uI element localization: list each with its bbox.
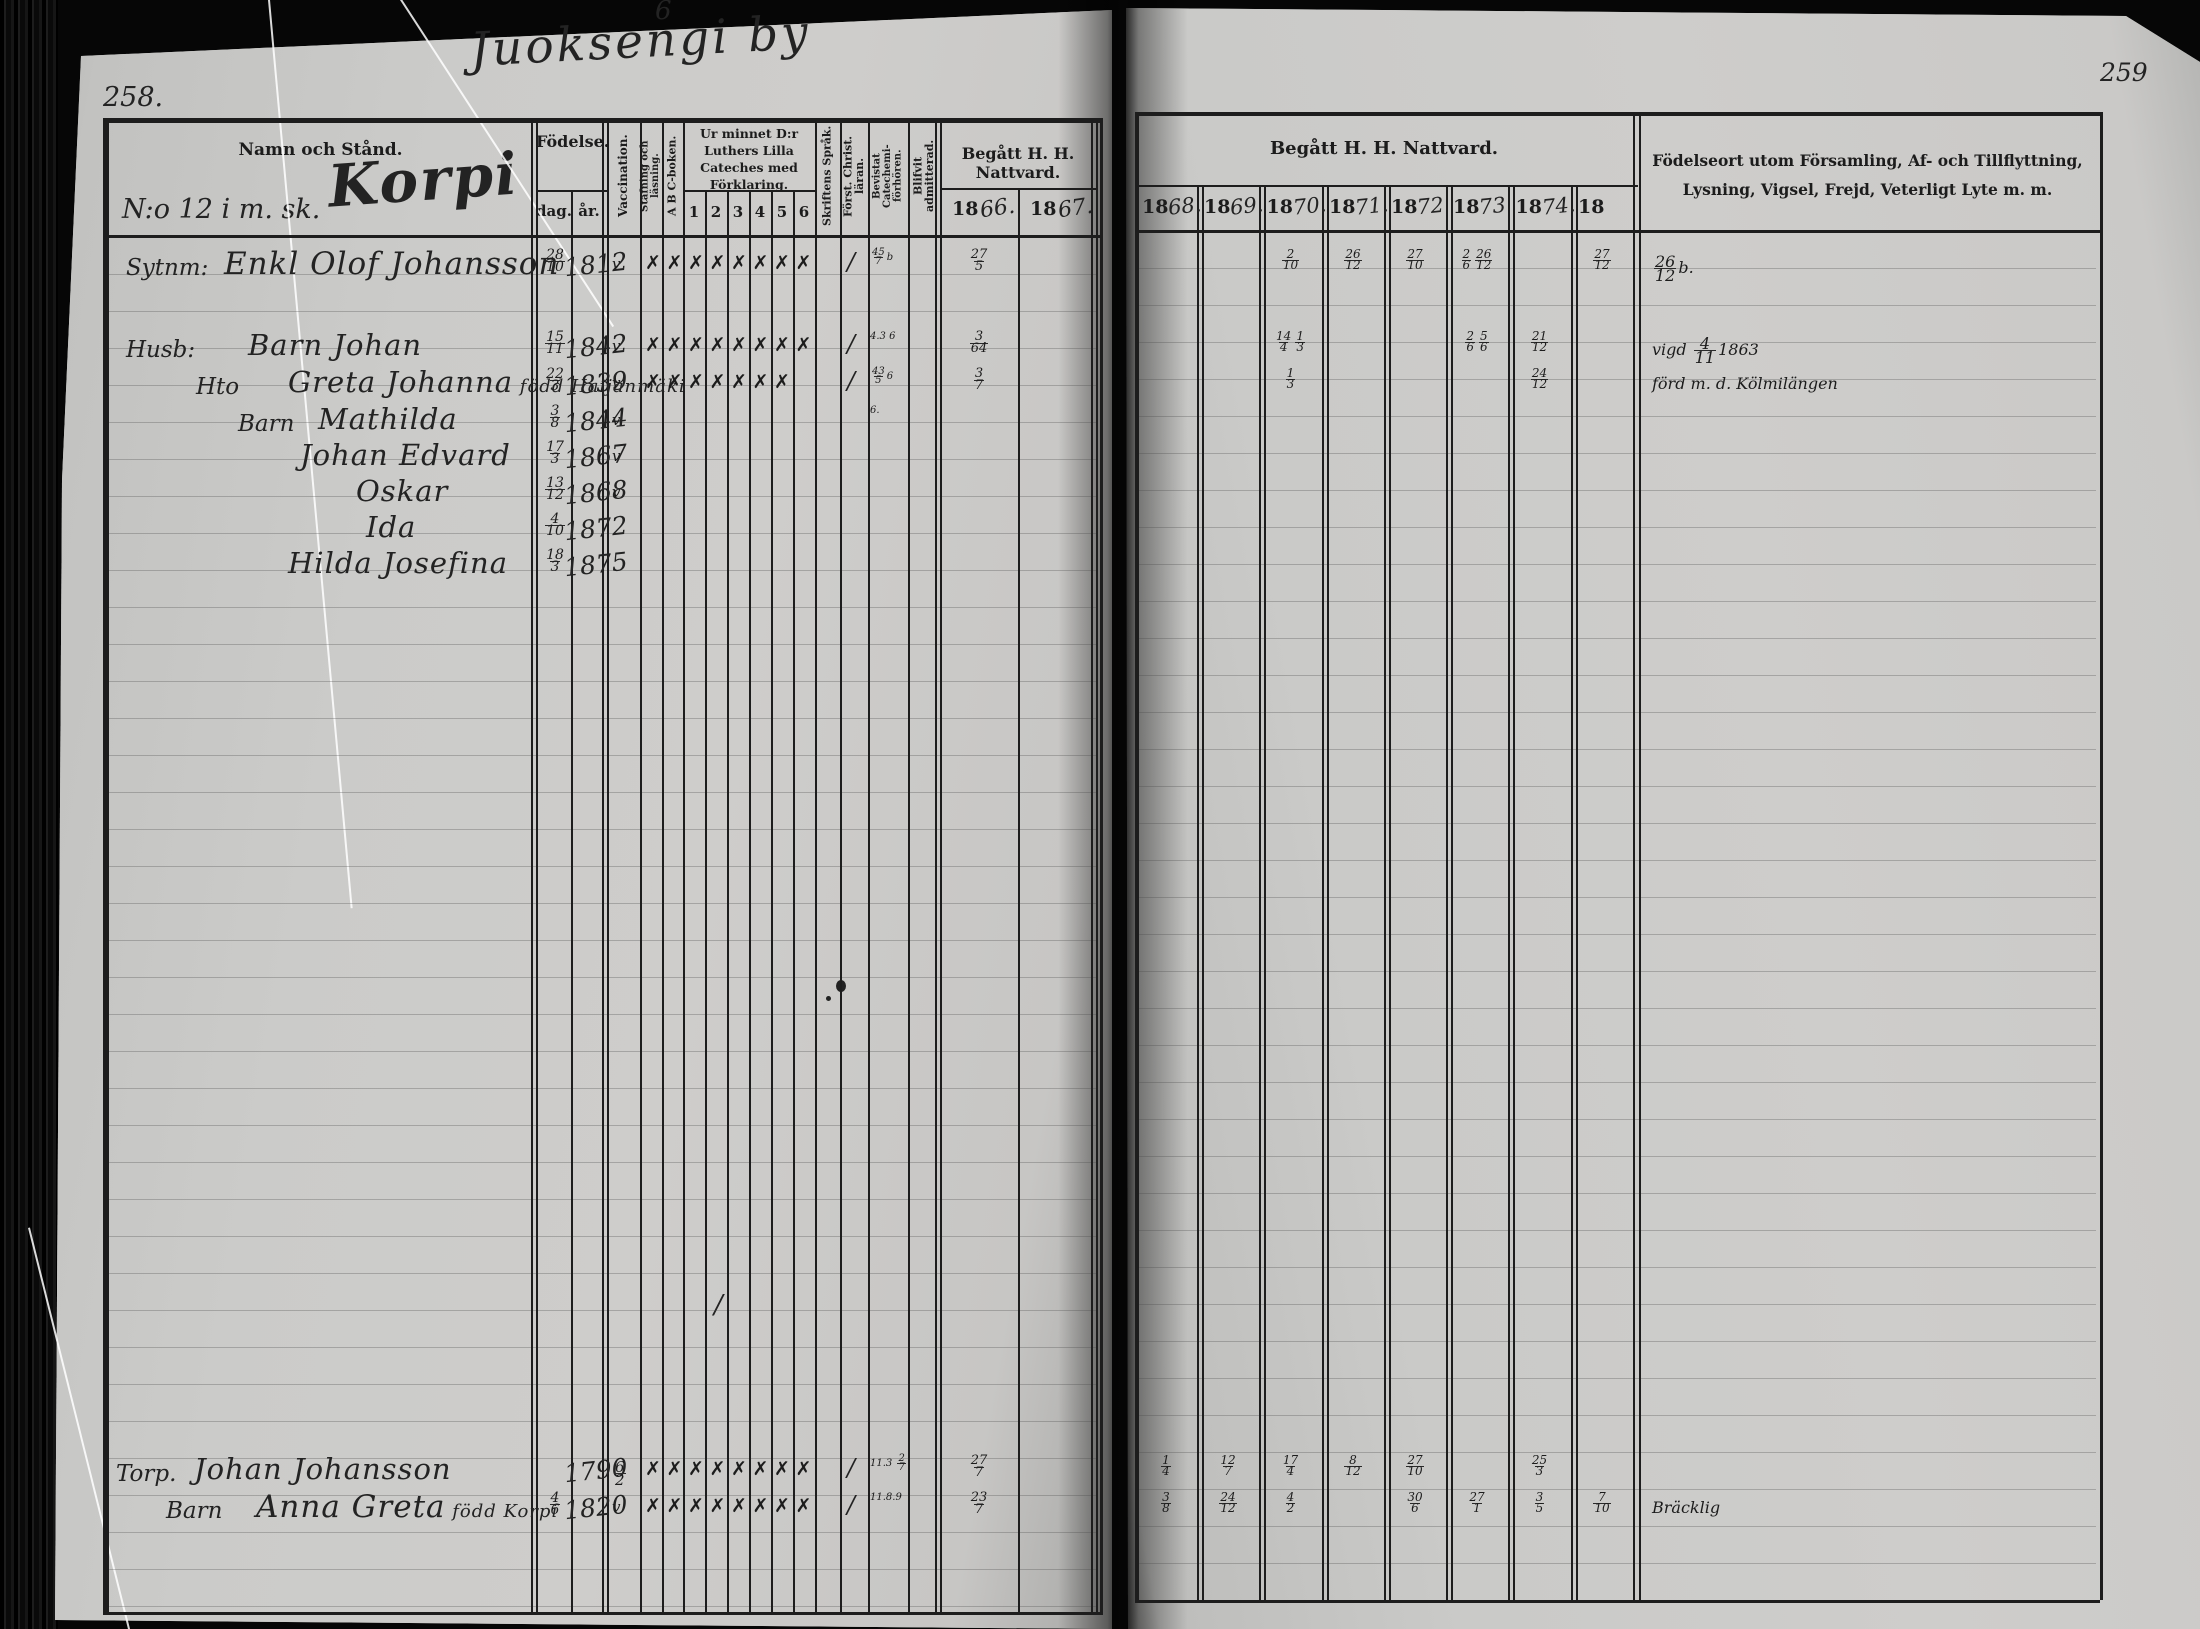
- communion-1870-mark: 42: [1261, 1493, 1321, 1514]
- date-fraction: 26: [1462, 250, 1472, 271]
- bevistat-mark: 4.3 6: [870, 331, 908, 342]
- row-name: Hilda Josefina: [288, 546, 508, 580]
- communion-18-mark: 710: [1572, 1493, 1632, 1514]
- reading-mark-x: ✗: [710, 371, 726, 393]
- reading-mark-x: ✗: [796, 1495, 812, 1517]
- row-prefix: Hto: [196, 374, 239, 400]
- mark-text: 4.3: [870, 331, 889, 342]
- right-table-bottom-border: [1135, 1600, 2100, 1603]
- date-fraction: 271: [1469, 1493, 1484, 1514]
- table-vline: [1446, 185, 1448, 1600]
- row-name: Mathilda: [318, 402, 458, 436]
- table-vline: [1018, 188, 1020, 1612]
- table-vline: [1451, 185, 1453, 1600]
- header-begatt-right: Begått H. H. Nattvard.: [1135, 138, 1633, 159]
- reading-mark-x: ✗: [774, 252, 790, 274]
- table-vline: [1513, 185, 1515, 1600]
- communion-1866-mark: 277: [944, 1456, 1014, 1478]
- date-fraction: 210: [1282, 250, 1299, 271]
- year-cell-printed: 18: [1204, 196, 1230, 218]
- date-fraction: 183: [546, 550, 564, 574]
- date-fraction: 38: [550, 406, 561, 430]
- header-ur-minnet: Ur minnet D:r Luthers Lilla Cateches med…: [684, 126, 814, 194]
- date-fraction: 275: [971, 250, 988, 272]
- date-fraction: 2710: [1406, 250, 1423, 271]
- communion-1870-mark: 174: [1261, 1456, 1321, 1477]
- mark-text: 6: [889, 331, 895, 342]
- table-vline: [935, 118, 937, 1612]
- header-abc-boken: A B C-boken.: [662, 120, 683, 232]
- communion-1866-mark: 275: [944, 250, 1014, 272]
- reading-mark-x: ✗: [688, 371, 704, 393]
- year-cell-printed: 18: [1030, 198, 1056, 220]
- right-header-bottom-border: [1135, 230, 2100, 233]
- communion-1874-mark: 2112: [1510, 332, 1570, 353]
- communion-1871-mark: 2612: [1323, 250, 1383, 271]
- reading-mark-x: ✗: [667, 334, 683, 356]
- communion-1868-mark: 38: [1136, 1493, 1196, 1514]
- date-fraction: 13: [1295, 332, 1305, 353]
- vaccination-mark: v: [612, 255, 620, 273]
- fodelseort-line2: Lysning, Vigsel, Frejd, Veterligt Lyte m…: [1640, 175, 2095, 204]
- communion-1873-mark: 271: [1447, 1493, 1507, 1514]
- table-hline: [1135, 185, 1638, 187]
- bevistat-mark: 457b: [870, 249, 908, 266]
- table-vline: [940, 118, 942, 1612]
- vaccination-mark: v: [612, 337, 620, 355]
- table-vline: [1639, 112, 1641, 1600]
- date-fraction: 2612: [1344, 250, 1361, 271]
- table-vline: [1322, 185, 1324, 1600]
- year-cell-script: 69.: [1229, 192, 1265, 219]
- header-begatt-left: Begått H. H. Nattvard.: [940, 144, 1096, 182]
- mark-text: förd: [1652, 374, 1691, 393]
- header-fodelse: Födelse.: [536, 132, 607, 151]
- mark-text: 6: [887, 371, 893, 382]
- year-cell-printed: 18: [1267, 196, 1293, 218]
- table-vline: [1327, 185, 1329, 1600]
- table-vline: [1384, 185, 1386, 1600]
- table-vline: [840, 118, 842, 1612]
- year-cell-printed: 18: [1516, 196, 1542, 218]
- communion-1866-mark: 37: [944, 369, 1014, 391]
- abc-col-number: 6: [793, 203, 815, 221]
- reading-mark-x: ✗: [774, 371, 790, 393]
- date-fraction: 237: [971, 1493, 988, 1515]
- reading-mark-x: ✗: [667, 252, 683, 274]
- reading-mark-x: ✗: [731, 371, 747, 393]
- communion-1872-mark: 2710: [1385, 250, 1445, 271]
- row-name: Ida: [366, 510, 416, 544]
- forst-christ-mark: /: [847, 330, 855, 358]
- communion-1870-mark: 210: [1261, 250, 1321, 271]
- year-cell-script: 68.: [1167, 192, 1203, 219]
- date-fraction: 56: [1479, 332, 1489, 353]
- reading-mark-x: ✗: [796, 334, 812, 356]
- table-vline: [793, 190, 795, 1612]
- communion-1872-mark: 306: [1385, 1493, 1445, 1514]
- date-fraction: 457: [872, 249, 885, 266]
- mark-text: 6.: [870, 405, 880, 416]
- abc-col-number: 3: [727, 203, 749, 221]
- mark-text: v: [612, 1498, 620, 1516]
- table-vline: [771, 190, 773, 1612]
- reading-mark-x: ✗: [796, 1458, 812, 1480]
- row-name: Enkl Olof Johansson: [224, 246, 559, 282]
- table-vline: [727, 190, 729, 1612]
- header-forst-christ: Först. Christ. läran.: [840, 120, 868, 232]
- mark-text: v: [612, 411, 620, 429]
- mark-text: d.: [1716, 374, 1736, 393]
- date-fraction: 2112: [1531, 332, 1548, 353]
- reading-mark-x: ✗: [731, 1495, 747, 1517]
- reading-mark-x: ✗: [731, 334, 747, 356]
- row-name: Johan Johansson: [194, 1452, 452, 1486]
- date-fraction: 127: [1220, 1456, 1235, 1477]
- date-fraction: 2612: [1475, 250, 1492, 271]
- communion-1873-mark: 2656: [1447, 332, 1507, 353]
- mark-text: 1863: [1718, 340, 1759, 359]
- reading-mark-x: ✗: [753, 1495, 769, 1517]
- reading-mark-x: ✗: [774, 1458, 790, 1480]
- ruled-lines-right: [1138, 232, 2096, 1598]
- date-fraction: 38: [1161, 1493, 1171, 1514]
- reading-mark-x: ✗: [753, 371, 769, 393]
- book-scan: Juoksengi by 6 258. 259 Namn och Stånd. …: [0, 0, 2200, 1629]
- reading-mark-x: ✗: [710, 252, 726, 274]
- forst-christ-mark: /: [847, 1491, 855, 1519]
- household-surname-script: Korpi: [326, 139, 521, 220]
- header-fodelseort: Födelseort utom Församling, Af- och Till…: [1640, 146, 2095, 205]
- reading-mark-x: ✗: [710, 1495, 726, 1517]
- vaccination-mark: v: [612, 447, 620, 465]
- reading-mark-x: ✗: [645, 252, 661, 274]
- table-vline: [1197, 185, 1199, 1600]
- reading-mark-x: ✗: [774, 1495, 790, 1517]
- reading-mark-x: ✗: [667, 1495, 683, 1517]
- reading-mark-x: ✗: [710, 334, 726, 356]
- row-prefix: Sytnm:: [126, 255, 208, 281]
- communion-1874-mark: 253: [1510, 1456, 1570, 1477]
- left-table-bottom-border: [103, 1612, 1103, 1615]
- date-fraction: 26: [1465, 332, 1475, 353]
- reading-mark-x: ✗: [753, 1458, 769, 1480]
- communion-1869-mark: 127: [1198, 1456, 1258, 1477]
- header-skriftens: Skriftens Språk.: [815, 120, 840, 232]
- bevistat-mark: 11.3 27: [870, 1455, 908, 1472]
- table-vline: [1576, 185, 1578, 1600]
- date-fraction: 174: [1283, 1456, 1298, 1477]
- row-prefix: Barn: [166, 1498, 222, 1524]
- year-cell-printed: 18: [1329, 196, 1355, 218]
- mark-text: b: [887, 252, 893, 263]
- reading-mark-x: ✗: [645, 1495, 661, 1517]
- date-fraction: 411: [1694, 337, 1716, 364]
- reading-mark-x: ✗: [688, 1495, 704, 1517]
- row-prefix: Torp.: [116, 1461, 176, 1487]
- vaccination-mark: v: [612, 483, 620, 501]
- forst-christ-mark: /: [847, 1454, 855, 1482]
- table-vline: [640, 118, 642, 1612]
- mark-text: v: [612, 447, 620, 465]
- table-vline: [531, 118, 533, 1612]
- date-fraction: 14: [1161, 1456, 1171, 1477]
- remark-note: förd m. d. Kölmilängen: [1652, 374, 1838, 393]
- abc-col-number: 1: [683, 203, 705, 221]
- reading-mark-x: ✗: [710, 1458, 726, 1480]
- date-fraction: 144: [1276, 332, 1291, 353]
- date-fraction: 2412: [1219, 1493, 1236, 1514]
- page-number-right: 259: [2100, 58, 2148, 87]
- year-cell-script: 71.: [1354, 192, 1390, 219]
- year-cell-script: 74.: [1540, 192, 1576, 219]
- vaccination-mark: v: [612, 374, 620, 392]
- reading-mark-x: ✗: [731, 252, 747, 274]
- date-fraction: 435: [872, 368, 885, 385]
- table-vline: [683, 118, 685, 1612]
- reading-mark-x: ✗: [688, 334, 704, 356]
- communion-1874-mark: 35: [1510, 1493, 1570, 1514]
- vaccination-mark: 62: [612, 1461, 628, 1487]
- table-vline: [1096, 118, 1098, 1612]
- bevistat-mark: 4356: [870, 368, 908, 385]
- row-name: Oskar: [356, 474, 448, 508]
- date-fraction: 62: [614, 1461, 626, 1487]
- date-fraction: 253: [1532, 1456, 1547, 1477]
- year-cell-script: 70.: [1291, 192, 1327, 219]
- table-vline: [749, 190, 751, 1612]
- reading-mark-x: ✗: [731, 1458, 747, 1480]
- date-fraction: 37: [974, 369, 984, 391]
- vaccination-mark: v: [612, 411, 620, 429]
- page-number-left: 258.: [103, 82, 163, 113]
- book-spine-edge: [0, 0, 58, 1629]
- date-fraction: 2712: [1593, 250, 1610, 271]
- date-fraction: 2710: [1406, 1456, 1423, 1477]
- communion-18-mark: 2712: [1572, 250, 1632, 271]
- remark-note: Bräcklig: [1652, 1498, 1720, 1517]
- abc-col-number: 2: [705, 203, 727, 221]
- communion-1870-mark: 13: [1261, 369, 1321, 390]
- bevistat-mark: 11.8.9: [870, 1492, 908, 1503]
- reading-mark-x: ✗: [688, 1458, 704, 1480]
- reading-mark-x: ✗: [688, 252, 704, 274]
- year-cell-printed: 18: [1142, 196, 1168, 218]
- date-fraction: 277: [971, 1456, 988, 1478]
- reading-mark-x: ✗: [667, 1458, 683, 1480]
- reading-mark-x: ✗: [753, 252, 769, 274]
- mark-text: 11.3: [870, 1458, 895, 1469]
- right-table-left-border: [1135, 112, 1139, 1600]
- bevistat-mark: 6.: [870, 405, 908, 416]
- year-cell-script: 73: [1478, 193, 1507, 220]
- communion-1873-mark: 262612: [1447, 250, 1507, 271]
- table-vline: [868, 118, 870, 1612]
- left-table-left-border: [103, 118, 109, 1612]
- reading-mark-x: ✗: [667, 371, 683, 393]
- communion-1871-mark: 812: [1323, 1456, 1383, 1477]
- table-vline: [1202, 185, 1204, 1600]
- household-number-label: N:o 12 i m. sk.: [122, 194, 320, 225]
- title-flourish: 6: [655, 0, 672, 26]
- reading-mark-x: ✗: [645, 1458, 661, 1480]
- year-cell-printed: 18: [952, 198, 978, 220]
- table-vline: [1389, 185, 1391, 1600]
- reading-mark-x: ✗: [645, 371, 661, 393]
- date-fraction: 13: [1286, 369, 1296, 390]
- date-fraction: 364: [970, 332, 989, 354]
- communion-1874-mark: 2412: [1510, 369, 1570, 390]
- date-fraction: 710: [1593, 1493, 1610, 1514]
- forst-christ-mark: /: [847, 367, 855, 395]
- row-name: Johan Edvard: [300, 438, 511, 472]
- communion-1866-mark: 364: [944, 332, 1014, 354]
- communion-1869-mark: 2412: [1198, 1493, 1258, 1514]
- reading-mark-x: ✗: [753, 334, 769, 356]
- row-prefix: Husb:: [126, 337, 195, 363]
- date-fraction: 173: [546, 442, 564, 466]
- table-vline: [571, 190, 573, 1612]
- date-fraction: 306: [1407, 1493, 1422, 1514]
- mark-text: vigd: [1652, 340, 1692, 359]
- date-fraction: 35: [1535, 1493, 1545, 1514]
- communion-1870-mark: 14413: [1261, 332, 1321, 353]
- date-fraction: 2412: [1531, 369, 1548, 390]
- remark-note: 2612b.: [1652, 255, 1694, 282]
- year-cell-script: 67.: [1056, 194, 1094, 224]
- table-vline: [1571, 185, 1573, 1600]
- year-cell-printed: 18: [1578, 196, 1604, 218]
- table-vline: [536, 118, 538, 1612]
- table-vline: [1259, 185, 1261, 1600]
- communion-1868-mark: 14: [1136, 1456, 1196, 1477]
- year-cell-script: 66.: [978, 194, 1016, 224]
- vaccination-mark: v: [612, 1498, 620, 1516]
- mark-text: Kölmilängen: [1736, 374, 1838, 393]
- row-name: Barn Johan: [248, 328, 422, 362]
- reading-mark-x: ✗: [796, 252, 812, 274]
- left-table-right-border: [1100, 118, 1103, 1612]
- mark-text: v: [612, 337, 620, 355]
- communion-1872-mark: 2710: [1385, 1456, 1445, 1477]
- abc-col-number: 4: [749, 203, 771, 221]
- date-fraction: 812: [1344, 1456, 1361, 1477]
- table-vline: [1633, 112, 1635, 1600]
- row-prefix: Barn: [238, 411, 294, 437]
- header-bevistat: Bevistat Catechemi-förhören.: [868, 120, 908, 232]
- mark-text: m.: [1691, 374, 1716, 393]
- right-table-top-border: [1135, 112, 2100, 116]
- mark-text: v: [612, 374, 620, 392]
- year-cell-printed: 18: [1453, 196, 1479, 218]
- mark-text: Bräcklig: [1652, 1498, 1720, 1517]
- header-stafning: Stafning och läsning.: [640, 120, 662, 232]
- reading-mark-x: ✗: [645, 334, 661, 356]
- date-fraction: 2612: [1654, 255, 1676, 282]
- table-vline: [1264, 185, 1266, 1600]
- right-table-right-border: [2100, 112, 2103, 1600]
- table-vline: [815, 118, 817, 1612]
- mark-text: v: [612, 255, 620, 273]
- date-fraction: 27: [897, 1455, 905, 1472]
- reading-mark-x: ✗: [774, 334, 790, 356]
- mark-text: 11.8.9: [870, 1492, 902, 1503]
- remark-note: vigd 4111863: [1652, 337, 1759, 364]
- date-fraction: 46: [550, 1493, 561, 1517]
- table-vline: [662, 118, 664, 1612]
- abc-col-number: 5: [771, 203, 793, 221]
- mark-text: v: [612, 483, 620, 501]
- fodelseort-line1: Födelseort utom Församling, Af- och Till…: [1640, 146, 2095, 175]
- table-vline: [705, 190, 707, 1612]
- date-fraction: 42: [1286, 1493, 1296, 1514]
- table-vline: [1091, 118, 1093, 1612]
- mark-text: b.: [1678, 258, 1693, 277]
- forst-christ-mark: /: [847, 248, 855, 276]
- communion-1866-mark: 237: [944, 1493, 1014, 1515]
- row-name: Anna Greta född Korpi: [256, 1489, 558, 1525]
- date-fraction: 223: [546, 369, 564, 393]
- table-vline: [1508, 185, 1510, 1600]
- table-vline: [908, 118, 910, 1612]
- year-cell-printed: 18: [1391, 196, 1417, 218]
- header-vaccination: Vaccination.: [607, 120, 640, 232]
- year-cell-script: 72: [1416, 193, 1445, 220]
